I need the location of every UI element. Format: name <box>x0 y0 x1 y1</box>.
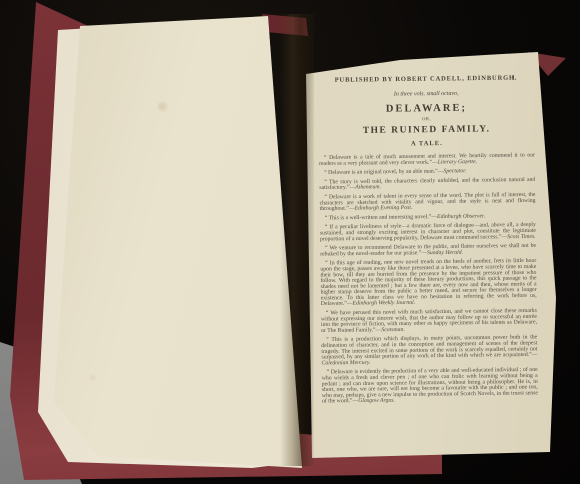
advert-content: PUBLISHED BY ROBERT CADELL, EDINBURGH. 1… <box>318 62 534 462</box>
page-number: 1 <box>512 74 515 82</box>
review-item: “ In this age of reading, one new novel … <box>320 258 537 307</box>
book-gutter <box>280 14 314 466</box>
review-source: Athenæum. <box>355 184 381 190</box>
review-item: “ We have perused this novel with much s… <box>321 308 537 334</box>
book-title: DELAWARE; <box>318 100 534 115</box>
review-item: “ Delaware is a work of talent in every … <box>319 192 535 212</box>
review-source: Scotsman. <box>381 326 405 332</box>
review-quote: “ This is a production which displays, i… <box>321 334 537 360</box>
review-item: “ If a peculiar liveliness of style—a dr… <box>320 222 536 242</box>
review-source: Scots Times. <box>507 233 536 239</box>
review-source: Glasgow Argus. <box>358 397 395 403</box>
review-quote: “ We have perused this novel with much s… <box>321 307 537 333</box>
review-source: Edinburgh Evening Post. <box>355 204 413 211</box>
publisher-header-text: PUBLISHED BY ROBERT CADELL, EDINBURGH. <box>335 74 518 84</box>
review-item: “ This is a production which displays, i… <box>321 335 537 367</box>
review-source: Literary Gazette. <box>438 158 477 164</box>
review-source: Edinburgh Observer. <box>437 213 485 220</box>
review-quote: “ The story is well told, the characters… <box>319 176 535 190</box>
advert-text-block: PUBLISHED BY ROBERT CADELL, EDINBURGH. 1… <box>318 73 538 404</box>
review-item: “ We venture to recommend Delaware to th… <box>320 243 536 257</box>
review-source: Caledonian Mercury. <box>321 359 370 366</box>
review-quote: “ Delaware is an original novel, by an a… <box>324 168 443 175</box>
review-source: Sunday Herald. <box>427 249 463 255</box>
review-item: “ The story is well told, the characters… <box>319 177 535 191</box>
review-quote: “ If a peculiar liveliness of style—a dr… <box>320 222 536 242</box>
review-quote: “ Delaware is a tale of much amusement a… <box>319 152 535 166</box>
book-subtitle: THE RUINED FAMILY. <box>319 123 535 137</box>
review-quote: “ Delaware is a work of talent in every … <box>320 191 536 211</box>
review-item: “ This is a well-written and interesting… <box>320 213 536 221</box>
review-item: “ Delaware is a tale of much amusement a… <box>319 152 535 166</box>
review-source: Edinburgh Weekly Journal. <box>353 300 416 307</box>
publisher-header: PUBLISHED BY ROBERT CADELL, EDINBURGH. 1 <box>318 73 534 84</box>
review-source: Spectator. <box>443 168 466 174</box>
title-separator: OR, <box>319 115 535 123</box>
review-quote: “ Delaware is evidently the production o… <box>322 367 538 405</box>
review-item: “ Delaware is evidently the production o… <box>322 367 538 404</box>
review-list: “ Delaware is a tale of much amusement a… <box>319 152 538 404</box>
photo-scene: PUBLISHED BY ROBERT CADELL, EDINBURGH. 1… <box>0 0 580 484</box>
tale-line: A TALE. <box>319 138 535 149</box>
review-quote: “ This is a well-written and interesting… <box>325 213 437 220</box>
edition-line: In three vols. small octavo, <box>318 88 534 98</box>
review-item: “ Delaware is an original novel, by an a… <box>319 167 535 175</box>
